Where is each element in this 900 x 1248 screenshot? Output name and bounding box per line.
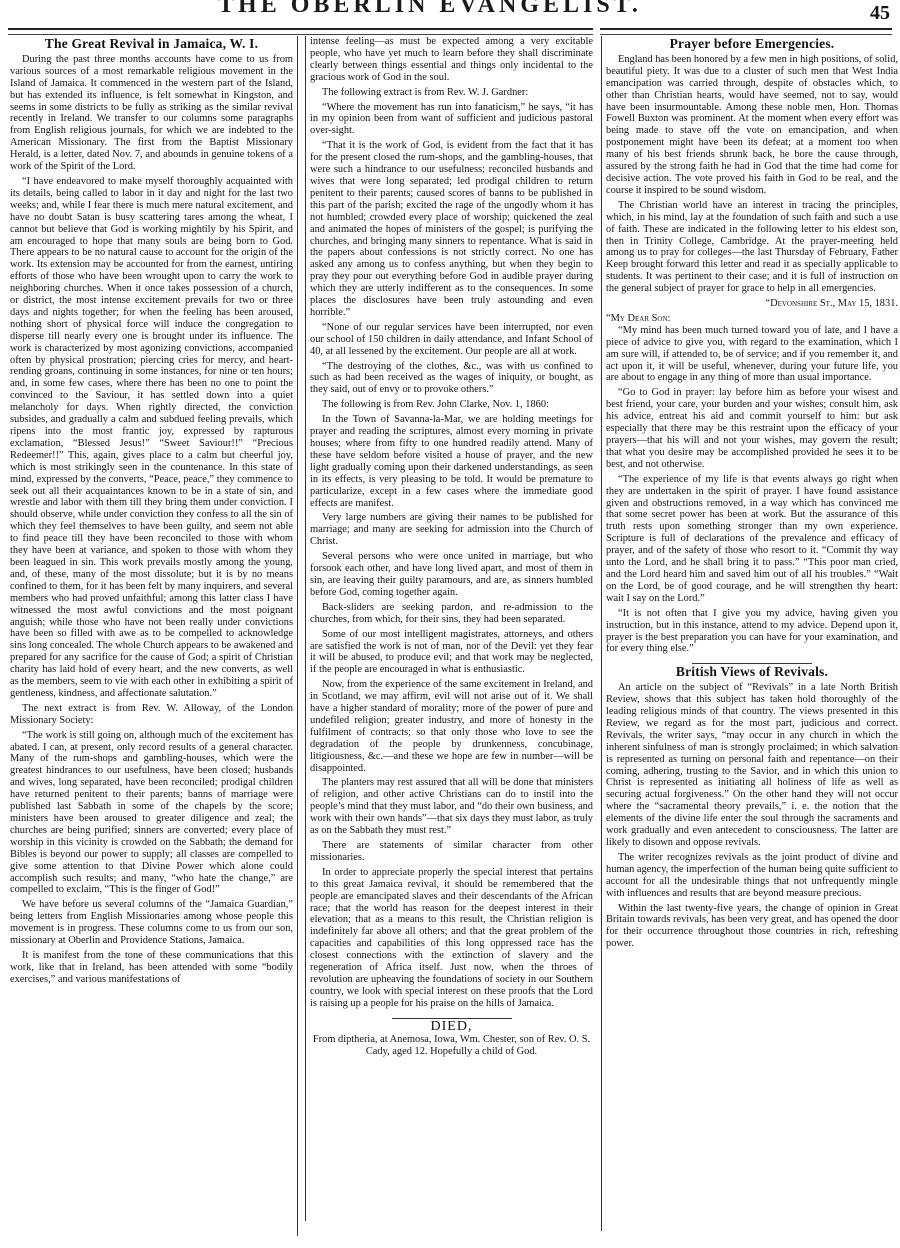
masthead: THE OBERLIN EVANGELIST. 45 xyxy=(0,0,900,28)
article-paragraph: The next extract is from Rev. W. Alloway… xyxy=(10,703,293,727)
article-paragraph: Back-sliders are seeking pardon, and re-… xyxy=(310,602,593,626)
column-2: intense feeling—as must be expected amon… xyxy=(305,36,593,1221)
article-paragraph: Some of our most intelligent magistrates… xyxy=(310,629,593,677)
article-heading-prayer-emergencies: Prayer before Emergencies. xyxy=(606,38,898,50)
quoted-paragraph: “The destroying of the clothes, &c., was… xyxy=(310,361,593,397)
quoted-paragraph: “The work is still going on, although mu… xyxy=(10,730,293,897)
article-paragraph: During the past three months accounts ha… xyxy=(10,54,293,173)
article-paragraph: intense feeling—as must be expected amon… xyxy=(310,36,593,84)
column-1: The Great Revival in Jamaica, W. I. Duri… xyxy=(10,36,298,1236)
quoted-paragraph: “That it is the work of God, is evident … xyxy=(310,140,593,319)
article-heading-british-views: British Views of Revivals. xyxy=(606,666,898,678)
letter-dateline: “Devonshire St., May 15, 1831. xyxy=(606,298,898,310)
article-paragraph: Within the last twenty-five years, the c… xyxy=(606,903,898,951)
quoted-paragraph: “I have endeavored to make myself thorou… xyxy=(10,176,293,700)
column-3: Prayer before Emergencies. England has b… xyxy=(601,36,898,1231)
quoted-paragraph: “Where the movement has run into fanatic… xyxy=(310,102,593,138)
article-paragraph: Several persons who were once united in … xyxy=(310,551,593,599)
article-paragraph: Now, from the experience of the same exc… xyxy=(310,679,593,774)
letter-paragraph: “Go to God in prayer: lay before him as … xyxy=(606,387,898,470)
newspaper-title: THE OBERLIN EVANGELIST. xyxy=(150,0,710,19)
article-paragraph: The Christian world have an interest in … xyxy=(606,200,898,295)
died-heading: DIED, xyxy=(310,1021,593,1033)
article-paragraph: The following extract is from Rev. W. J.… xyxy=(310,87,593,99)
article-paragraph: There are statements of similar characte… xyxy=(310,840,593,864)
article-paragraph: The following is from Rev. John Clarke, … xyxy=(310,399,593,411)
article-paragraph: The planters may rest assured that all w… xyxy=(310,777,593,837)
article-heading-jamaica-revival: The Great Revival in Jamaica, W. I. xyxy=(10,38,293,50)
article-paragraph: It is manifest from the tone of these co… xyxy=(10,950,293,986)
article-paragraph: Very large numbers are giving their name… xyxy=(310,512,593,548)
article-paragraph: We have before us several columns of the… xyxy=(10,899,293,947)
header-rule-right xyxy=(600,28,892,35)
page-number: 45 xyxy=(870,2,890,25)
quoted-paragraph: “None of our regular services have been … xyxy=(310,322,593,358)
article-paragraph: An article on the subject of “Revivals” … xyxy=(606,682,898,849)
letter-paragraph: “The experience of my life is that event… xyxy=(606,474,898,605)
letter-paragraph: “My mind has been much turned toward you… xyxy=(606,325,898,385)
letter-salutation: “My Dear Son: xyxy=(606,313,898,325)
letter-paragraph: “It is not often that I give you my advi… xyxy=(606,608,898,656)
article-paragraph: In order to appreciate properly the spec… xyxy=(310,867,593,1010)
article-paragraph: In the Town of Savanna-la-Mar, we are ho… xyxy=(310,414,593,509)
article-paragraph: The writer recognizes revivals as the jo… xyxy=(606,852,898,900)
obituary-notice: From diptheria, at Anemosa, Iowa, Wm. Ch… xyxy=(310,1034,593,1058)
article-paragraph: England has been honored by a few men in… xyxy=(606,54,898,197)
header-rule-left xyxy=(8,28,593,35)
